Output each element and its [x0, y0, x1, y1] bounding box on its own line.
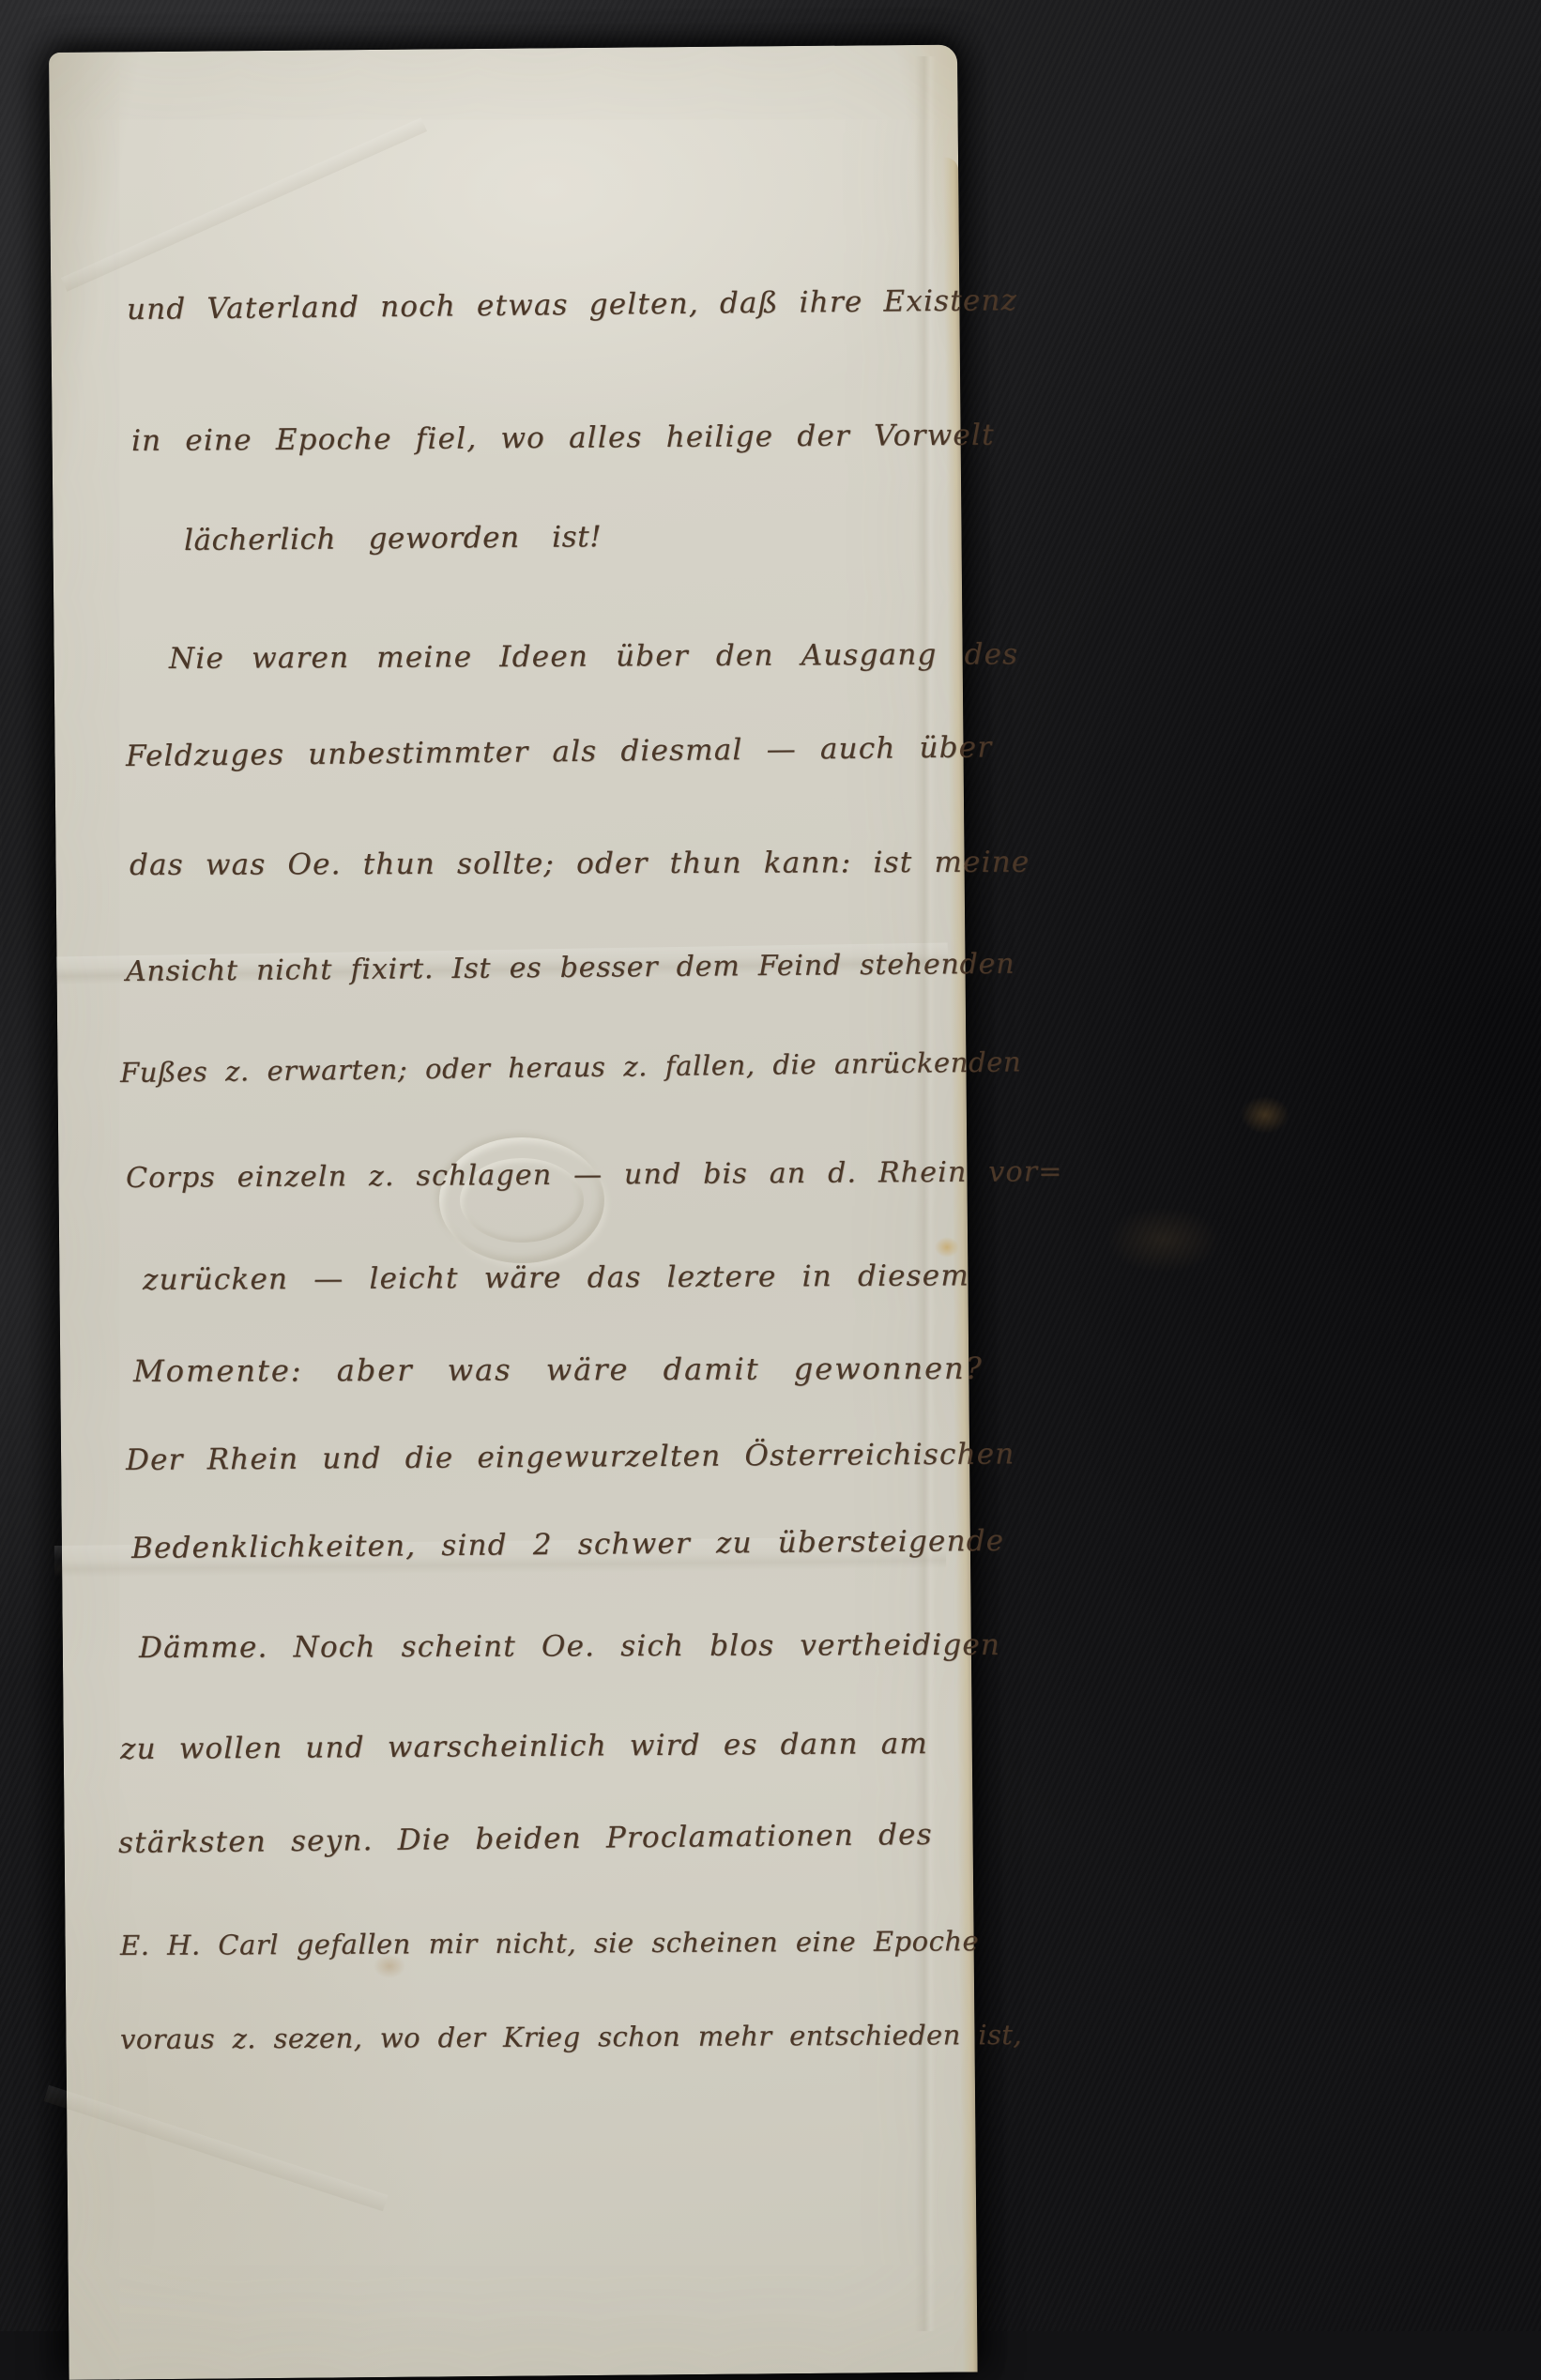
- handwriting-line-6: das was Oe. thun sollte; oder thun kann:…: [130, 846, 1030, 882]
- paper-stain: [1107, 1207, 1220, 1273]
- handwriting-line-11: Momente: aber was wäre damit gewonnen?: [133, 1350, 984, 1389]
- handwriting-line-12: Der Rhein und die eingewurzelten Österre…: [126, 1437, 1015, 1477]
- handwriting-line-17: E. H. Carl gefallen mir nicht, sie schei…: [120, 1925, 979, 1961]
- handwriting-line-18: voraus z. sezen, wo der Krieg schon mehr…: [120, 2019, 1022, 2055]
- handwriting-line-9: Corps einzeln z. schlagen — und bis an d…: [126, 1155, 1063, 1195]
- photo-backdrop: und Vaterland noch etwas gelten, daß ihr…: [0, 0, 1541, 2331]
- embossed-seal: [439, 1137, 604, 1263]
- handwriting-line-4: Nie waren meine Ideen über den Ausgang d…: [169, 637, 1018, 676]
- handwriting-line-15: zu wollen und warscheinlich wird es dann…: [120, 1727, 928, 1766]
- handwriting-line-3: lächerlich geworden ist!: [184, 520, 603, 557]
- paper-deckle-edge: [943, 158, 978, 2331]
- handwriting-line-10: zurücken — leicht wäre das leztere in di…: [143, 1259, 969, 1297]
- handwriting-line-2: in eine Epoche fiel, wo alles heilige de…: [131, 419, 995, 458]
- paper-stain: [1241, 1096, 1289, 1134]
- handwriting-line-14: Dämme. Noch scheint Oe. sich blos verthe…: [139, 1628, 1000, 1665]
